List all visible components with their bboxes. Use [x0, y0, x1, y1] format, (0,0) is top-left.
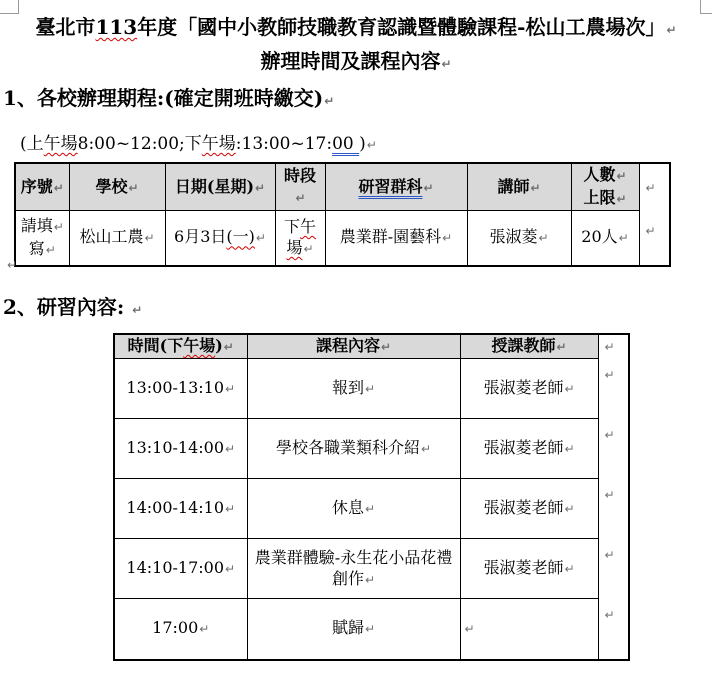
- pilcrow-icon: ↵: [605, 340, 615, 354]
- pilcrow-icon: ↵: [381, 340, 391, 354]
- text-run: 授課教師: [491, 336, 555, 355]
- pilcrow-icon: ↵: [365, 382, 375, 396]
- pilcrow-icon: ↵: [616, 192, 626, 206]
- table-cell: 請填↵寫↵: [15, 211, 69, 266]
- text-run: 張淑菱老師: [483, 558, 563, 577]
- text-run: 寫: [29, 239, 45, 258]
- text-run: 時間(下: [128, 336, 184, 355]
- pilcrow-icon: ↵: [324, 94, 334, 108]
- end-of-row-mark: ↵: [639, 163, 670, 211]
- pilcrow-icon: ↵: [365, 502, 375, 516]
- table-cell: 6月3日(一)↵: [165, 211, 275, 266]
- text-run: 休息: [332, 498, 364, 517]
- pilcrow-icon: ↵: [564, 442, 574, 456]
- text-run: 請填: [21, 216, 53, 235]
- table-cell: 農業群-園藝科↵: [325, 211, 467, 266]
- pilcrow-icon: ↵: [556, 340, 566, 354]
- text-run: 1、各校辦理期程:(確定開班時繳交): [3, 86, 323, 110]
- pilcrow-icon: ↵: [646, 224, 656, 238]
- pilcrow-icon: ↵: [564, 562, 574, 576]
- pilcrow-icon: ↵: [199, 622, 209, 636]
- table-cell: 張淑菱↵: [467, 211, 571, 266]
- table-cell: 14:10-17:00↵: [114, 539, 247, 599]
- text-run: 報到: [332, 378, 364, 397]
- spellcheck-text-run: 午: [300, 217, 316, 236]
- pilcrow-icon: ↵: [54, 220, 64, 234]
- text-run: 松山工農: [79, 227, 143, 246]
- spellcheck-text-run: (一): [226, 227, 255, 246]
- pilcrow-icon: ↵: [423, 181, 433, 195]
- pilcrow-icon: ↵: [7, 258, 17, 272]
- header-cell: 課程內容↵: [247, 334, 460, 359]
- header-cell: 研習群科↵: [325, 163, 467, 211]
- table-cell: 張淑菱老師↵: [460, 359, 598, 419]
- end-of-row-mark: ↵: [598, 539, 629, 599]
- text-run: 2、研習內容:: [3, 295, 124, 319]
- pilcrow-icon: ↵: [619, 231, 629, 245]
- pilcrow-icon: ↵: [564, 382, 574, 396]
- text-run: 17:00: [152, 618, 198, 637]
- table-cell: 17:00↵: [114, 599, 247, 660]
- pilcrow-icon: ↵: [54, 181, 64, 195]
- pilcrow-icon: ↵: [530, 181, 540, 195]
- table-row: 13:10-14:00↵學校各職業類科介紹↵張淑菱老師↵↵: [114, 419, 629, 479]
- pilcrow-icon: ↵: [225, 502, 235, 516]
- text-run: 上限: [583, 188, 615, 207]
- pilcrow-icon: ↵: [442, 231, 452, 245]
- pilcrow-icon: ↵: [365, 622, 375, 636]
- section1-heading: 1、各校辦理期程:(確定開班時繳交)↵: [3, 82, 334, 111]
- text-run: 年度「國中小教師技職教育認識暨體驗課程-松山工農場次」: [137, 15, 665, 39]
- table-cell: ↵: [460, 599, 598, 660]
- end-of-row-mark: ↵: [598, 479, 629, 539]
- header-cell: 學校↵: [69, 163, 165, 211]
- text-run: 14:10-17:00: [126, 558, 224, 577]
- pilcrow-icon: ↵: [465, 622, 475, 636]
- text-run: 6月3日: [174, 227, 226, 246]
- text-run: 辦理時間及課程內容: [260, 49, 440, 73]
- pilcrow-icon: ↵: [303, 242, 313, 256]
- end-of-row-mark: ↵: [598, 359, 629, 419]
- text-run: 學校: [95, 177, 127, 196]
- table-cell: 張淑菱老師↵: [460, 419, 598, 479]
- header-cell: 時段↵: [275, 163, 325, 211]
- schedule-table: 序號↵學校↵日期(星期)↵時段↵研習群科↵講師↵人數↵上限↵↵請填↵寫↵松山工農…: [14, 162, 671, 267]
- header-cell: 講師↵: [467, 163, 571, 211]
- text-run: 農業群-園藝科: [340, 227, 441, 246]
- pilcrow-icon: ↵: [224, 340, 234, 354]
- table-row: 17:00↵賦歸↵↵↵: [114, 599, 629, 660]
- text-run: ): [359, 134, 366, 154]
- table-cell: 13:10-14:00↵: [114, 419, 247, 479]
- pilcrow-icon: ↵: [225, 382, 235, 396]
- pilcrow-icon: ↵: [144, 231, 154, 245]
- text-run: [124, 295, 131, 319]
- pilcrow-icon: ↵: [616, 169, 626, 183]
- table-cell: 休息↵: [247, 479, 460, 539]
- pilcrow-icon: ↵: [225, 442, 235, 456]
- text-run: 人數: [583, 165, 615, 184]
- text-run: :13:00~17:: [236, 134, 332, 154]
- header-cell: 日期(星期)↵: [165, 163, 275, 211]
- text-run: 張淑菱老師: [483, 498, 563, 517]
- document-title-line2: 辦理時間及課程內容↵: [0, 46, 712, 80]
- table-cell: 張淑菱老師↵: [460, 479, 598, 539]
- pilcrow-icon: ↵: [256, 231, 266, 245]
- pilcrow-icon: ↵: [605, 608, 615, 622]
- header-cell: 授課教師↵: [460, 334, 598, 359]
- spellcheck-text-run: 113: [95, 15, 137, 39]
- table-cell: 20人↵: [571, 211, 639, 266]
- text-run: 8:00~12:00;下: [78, 134, 202, 154]
- document-title: 臺北市113年度「國中小教師技職教育認識暨體驗課程-松山工農場次」↵ 辦理時間及…: [0, 12, 712, 80]
- spellcheck-text-run: 場: [286, 238, 302, 257]
- text-run: 課程內容: [316, 336, 380, 355]
- table-cell: 下午場↵: [275, 211, 325, 266]
- text-run: 講師: [497, 177, 529, 196]
- end-of-row-mark: ↵: [598, 419, 629, 479]
- section2-heading: 2、研習內容: ↵: [3, 291, 142, 320]
- session-times-note: (上午場8:00~12:00;下午場:13:00~17:00 )↵: [20, 129, 377, 154]
- end-of-row-mark: ↵: [598, 334, 629, 359]
- header-cell: 時間(下午場)↵: [114, 334, 247, 359]
- document-title-line1: 臺北市113年度「國中小教師技職教育認識暨體驗課程-松山工農場次」↵: [0, 12, 712, 46]
- pilcrow-icon: ↵: [46, 243, 56, 257]
- pilcrow-icon: ↵: [605, 368, 615, 382]
- table-row: 14:10-17:00↵農業群體驗-永生花小品花禮創作↵張淑菱老師↵↵: [114, 539, 629, 599]
- pilcrow-icon: ↵: [365, 573, 375, 587]
- text-run: 張淑菱: [489, 227, 537, 246]
- table-cell: 報到↵: [247, 359, 460, 419]
- text-run: 賦歸: [332, 618, 364, 637]
- table-header-row: 序號↵學校↵日期(星期)↵時段↵研習群科↵講師↵人數↵上限↵↵: [15, 163, 670, 211]
- pilcrow-icon: ↵: [441, 57, 451, 71]
- spellcheck-text-run: 午場: [202, 134, 236, 154]
- pilcrow-icon: ↵: [255, 181, 265, 195]
- text-run: 日期(星期): [175, 177, 254, 196]
- header-cell: 序號↵: [15, 163, 69, 211]
- table-cell: 農業群體驗-永生花小品花禮創作↵: [247, 539, 460, 599]
- pilcrow-icon: ↵: [605, 488, 615, 502]
- pilcrow-icon: ↵: [667, 23, 677, 37]
- text-run: 序號: [21, 177, 53, 196]
- text-run: 14:00-14:10: [126, 498, 224, 517]
- table-header-row: 時間(下午場)↵課程內容↵授課教師↵↵: [114, 334, 629, 359]
- end-of-row-mark: ↵: [639, 211, 670, 266]
- table-row: 請填↵寫↵松山工農↵6月3日(一)↵下午場↵農業群-園藝科↵張淑菱↵20人↵↵: [15, 211, 670, 266]
- pilcrow-icon: ↵: [225, 562, 235, 576]
- table-row: 13:00-13:10↵報到↵張淑菱老師↵↵: [114, 359, 629, 419]
- table-cell: 13:00-13:10↵: [114, 359, 247, 419]
- text-run: 時段: [284, 166, 316, 185]
- table-cell: 學校各職業類科介紹↵: [247, 419, 460, 479]
- word-document-page: { "marks": { "pilcrow": "↵" }, "colors":…: [0, 0, 712, 688]
- pilcrow-icon: ↵: [605, 428, 615, 442]
- pilcrow-icon: ↵: [367, 138, 377, 152]
- text-run: 張淑菱老師: [483, 438, 563, 457]
- spellcheck-text-run: 午場: [44, 134, 78, 154]
- pilcrow-icon: ↵: [132, 303, 142, 317]
- format-changed-text-run: 研習群科: [358, 177, 422, 196]
- table-row: 14:00-14:10↵休息↵張淑菱老師↵↵: [114, 479, 629, 539]
- text-run: 13:10-14:00: [126, 438, 224, 457]
- pilcrow-icon: ↵: [605, 548, 615, 562]
- table-cell: 14:00-14:10↵: [114, 479, 247, 539]
- table-cell: 張淑菱老師↵: [460, 539, 598, 599]
- pilcrow-icon: ↵: [128, 181, 138, 195]
- text-run: (上: [20, 134, 44, 154]
- pilcrow-icon: ↵: [646, 181, 656, 195]
- end-of-row-mark: ↵: [598, 599, 629, 660]
- header-cell: 人數↵上限↵: [571, 163, 639, 211]
- table-cell: 賦歸↵: [247, 599, 460, 660]
- text-run: 學校各職業類科介紹: [276, 438, 420, 457]
- pilcrow-icon: ↵: [564, 502, 574, 516]
- pilcrow-icon: ↵: [538, 231, 548, 245]
- table-cell: 松山工農↵: [69, 211, 165, 266]
- format-changed-text-run: 00: [332, 134, 359, 154]
- pilcrow-icon: ↵: [421, 442, 431, 456]
- text-run: 張淑菱老師: [483, 378, 563, 397]
- text-run: 下: [284, 217, 300, 236]
- spellcheck-text-run: 午場: [183, 336, 215, 355]
- text-run: 20人: [581, 227, 617, 246]
- course-content-table: 時間(下午場)↵課程內容↵授課教師↵↵13:00-13:10↵報到↵張淑菱老師↵…: [113, 333, 630, 661]
- text-run: 13:00-13:10: [126, 378, 224, 397]
- pilcrow-icon: ↵: [295, 191, 305, 205]
- text-run: 臺北市: [35, 15, 95, 39]
- text-run: 農業群體驗-永生花小品花禮創作: [255, 548, 452, 588]
- text-run: ): [215, 336, 223, 355]
